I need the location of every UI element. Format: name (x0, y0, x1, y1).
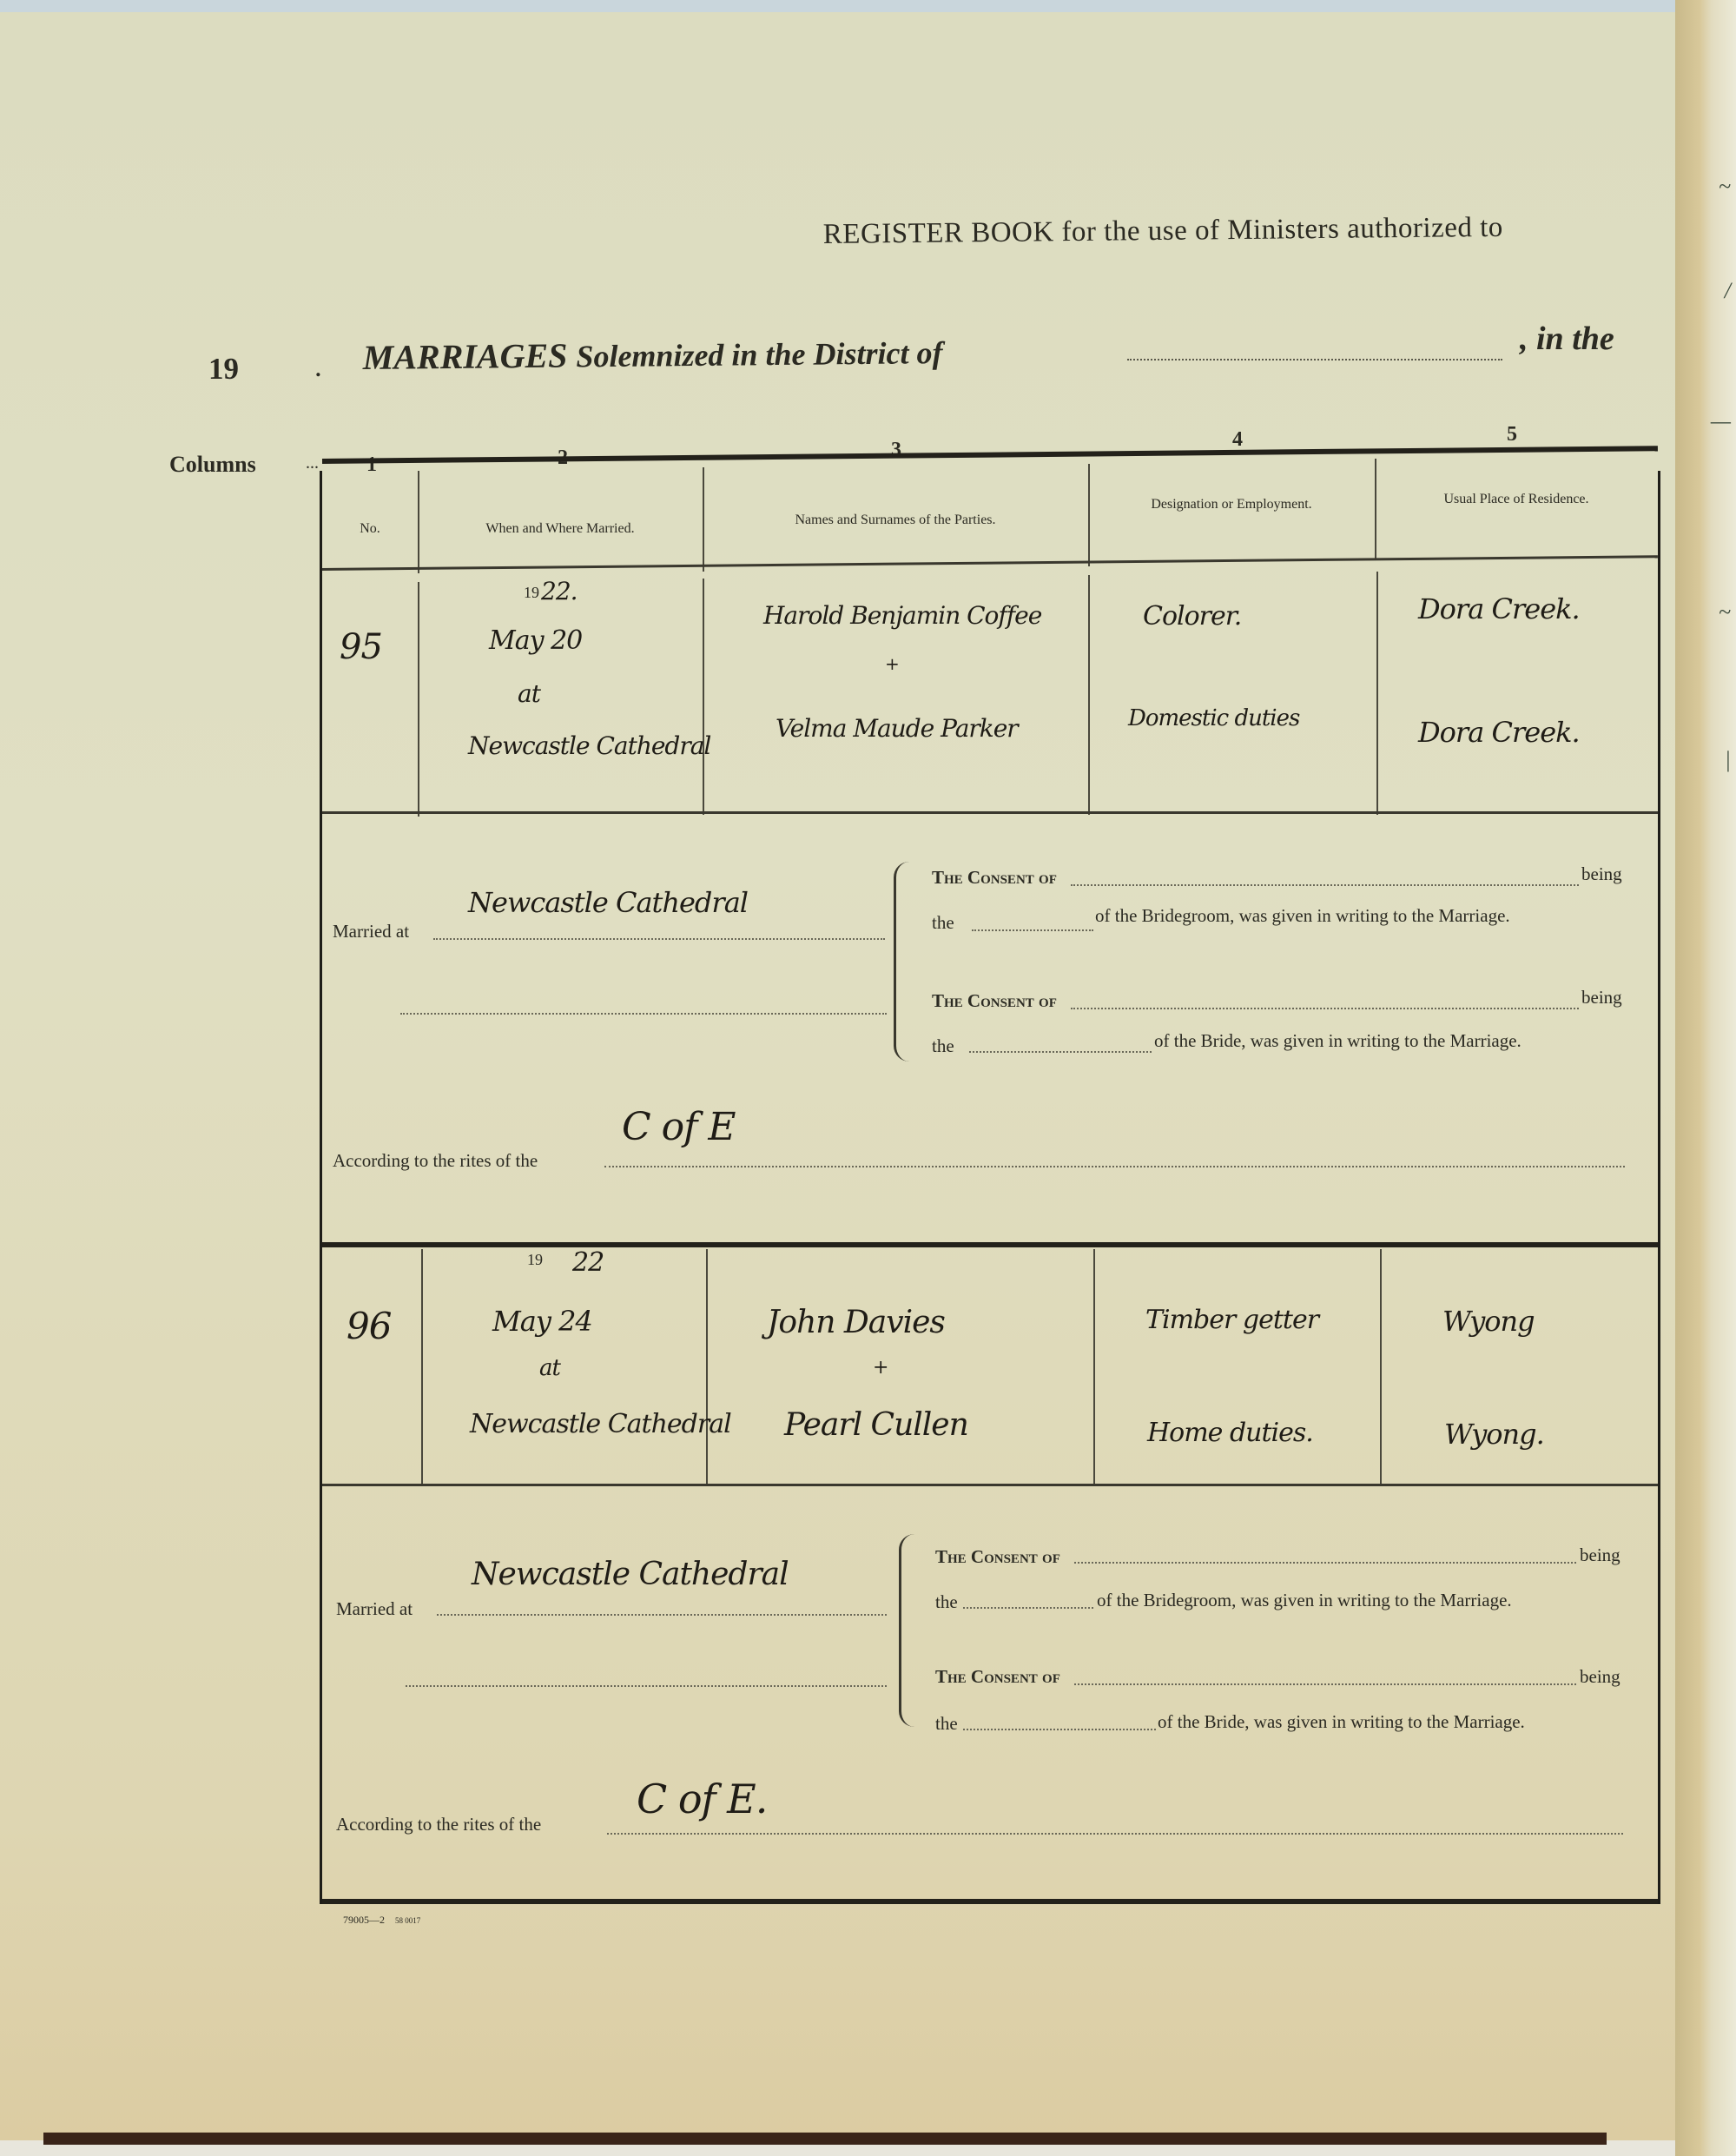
being-label: being (1581, 863, 1622, 885)
column-number-5: 5 (1507, 423, 1517, 446)
rites-field[interactable] (604, 1166, 1625, 1167)
married-at-label: Married at (336, 1598, 413, 1620)
entry-number[interactable]: 96 (347, 1305, 391, 1347)
bridegroom-consent-text: of the Bridegroom, was given in writing … (1097, 1590, 1512, 1611)
groom-name[interactable]: Harold Benjamin Coffee (763, 601, 1041, 630)
groom-employment[interactable]: Timber getter (1145, 1305, 1318, 1335)
consent-brace (899, 1534, 917, 1727)
married-at-value[interactable]: Newcastle Cathedral (472, 1557, 789, 1592)
being-label: being (1580, 1666, 1620, 1688)
col-divider (421, 1249, 423, 1485)
bride-name[interactable]: Pearl Cullen (784, 1407, 968, 1443)
title-marriages: MARRIAGES (363, 336, 568, 377)
year-written[interactable]: 22 (572, 1247, 604, 1278)
marriage-place[interactable]: Newcastle Cathedral (468, 731, 710, 760)
bride-employment[interactable]: Domestic duties (1128, 705, 1299, 731)
groom-employment[interactable]: Colorer. (1143, 601, 1241, 632)
column-number-3: 3 (891, 439, 901, 462)
groom-consent-relation-field[interactable] (972, 929, 1093, 931)
entry-row-rule (322, 811, 1658, 814)
table-bottom-rule (322, 1899, 1658, 1904)
the-label: the (935, 1713, 958, 1735)
bride-consent-label: The Consent of (932, 990, 1057, 1012)
adjacent-page-edge (1675, 0, 1736, 2156)
header-bottom-rule (322, 555, 1658, 571)
the-label: the (932, 1035, 954, 1057)
groom-residence[interactable]: Dora Creek. (1418, 592, 1580, 625)
year-printed: 19 (524, 584, 539, 602)
column-number-4: 4 (1232, 428, 1243, 452)
year-prefix: 19 (208, 352, 239, 387)
bride-name[interactable]: Velma Maude Parker (776, 714, 1018, 743)
rites-label: According to the rites of the (333, 1150, 538, 1172)
rites-field[interactable] (607, 1833, 1623, 1835)
year-separator: . (314, 349, 322, 384)
form-code: 79005—2 58 0017 (343, 1914, 420, 1927)
rites-label: According to the rites of the (336, 1814, 541, 1835)
married-at-label: Married at (333, 921, 409, 942)
col-divider (1380, 1249, 1382, 1485)
consent-brace (894, 862, 912, 1061)
entry-separator (322, 1242, 1658, 1247)
year-printed: 19 (527, 1251, 543, 1269)
district-field[interactable] (1127, 359, 1502, 360)
col-divider (703, 579, 704, 815)
groom-consent-of-field[interactable] (1071, 884, 1579, 886)
marriage-place[interactable]: Newcastle Cathedral (470, 1409, 731, 1439)
bridegroom-consent-text: of the Bridegroom, was given in writing … (1095, 905, 1510, 927)
header-names: Names and Surnames of the Parties. (703, 513, 1088, 528)
title-suffix: , in the (1520, 320, 1614, 358)
col-divider (1088, 464, 1090, 566)
the-label: the (935, 1591, 958, 1613)
entry-number[interactable]: 95 (340, 627, 382, 667)
bride-consent-of-field[interactable] (1071, 1008, 1579, 1009)
being-label: being (1580, 1544, 1620, 1566)
and-symbol: + (873, 1357, 888, 1379)
marriage-date[interactable]: May 20 (489, 625, 582, 656)
entry-row-rule (322, 1484, 1658, 1486)
married-at-field[interactable] (437, 1614, 887, 1616)
marriage-at: at (518, 679, 540, 708)
bride-residence[interactable]: Dora Creek. (1418, 716, 1580, 749)
col-divider (706, 1249, 708, 1485)
bride-consent-relation-field[interactable] (963, 1729, 1156, 1730)
bride-employment[interactable]: Home duties. (1147, 1418, 1313, 1448)
the-label: the (932, 912, 954, 934)
married-at-field-line2[interactable] (400, 1013, 887, 1015)
header-employment: Designation or Employment. (1088, 497, 1375, 513)
header-when-where: When and Where Married. (418, 521, 703, 537)
bride-consent-text: of the Bride, was given in writing to th… (1154, 1030, 1521, 1052)
col-divider (418, 582, 419, 817)
bride-consent-relation-field[interactable] (969, 1051, 1152, 1053)
bride-consent-of-field[interactable] (1074, 1683, 1576, 1685)
bride-consent-label: The Consent of (935, 1666, 1060, 1688)
col-divider (1375, 459, 1376, 559)
page-bottom-edge (43, 2133, 1607, 2145)
being-label: being (1581, 987, 1622, 1009)
columns-dots: ... (306, 453, 319, 473)
married-at-field-line2[interactable] (406, 1685, 887, 1687)
marriage-date[interactable]: May 24 (492, 1305, 592, 1338)
married-at-value[interactable]: Newcastle Cathedral (468, 886, 748, 919)
header-no: No. (322, 521, 418, 537)
and-symbol: + (885, 653, 899, 674)
col-divider (1376, 572, 1378, 815)
married-at-field[interactable] (433, 938, 885, 940)
marriage-at: at (539, 1355, 560, 1381)
page-title: MARRIAGES Solemnized in the District of (363, 331, 943, 378)
rites-value[interactable]: C of E (622, 1105, 736, 1149)
groom-consent-relation-field[interactable] (963, 1607, 1093, 1609)
groom-consent-label: The Consent of (932, 867, 1057, 889)
groom-residence[interactable]: Wyong (1442, 1305, 1535, 1338)
register-table: No. When and Where Married. Names and Su… (320, 471, 1660, 1904)
rites-value[interactable]: C of E. (637, 1776, 767, 1822)
col-divider (1093, 1249, 1095, 1485)
groom-name[interactable]: John Davies (767, 1305, 945, 1340)
header-residence: Usual Place of Residence. (1375, 492, 1658, 507)
groom-consent-of-field[interactable] (1074, 1562, 1576, 1564)
col-divider (1088, 575, 1090, 815)
title-solemnized: Solemnized in the District of (576, 335, 942, 374)
columns-label: Columns (169, 452, 256, 478)
groom-consent-label: The Consent of (935, 1546, 1060, 1568)
year-written[interactable]: 22. (541, 577, 578, 605)
bride-residence[interactable]: Wyong. (1444, 1418, 1544, 1451)
bride-consent-text: of the Bride, was given in writing to th… (1158, 1711, 1525, 1733)
